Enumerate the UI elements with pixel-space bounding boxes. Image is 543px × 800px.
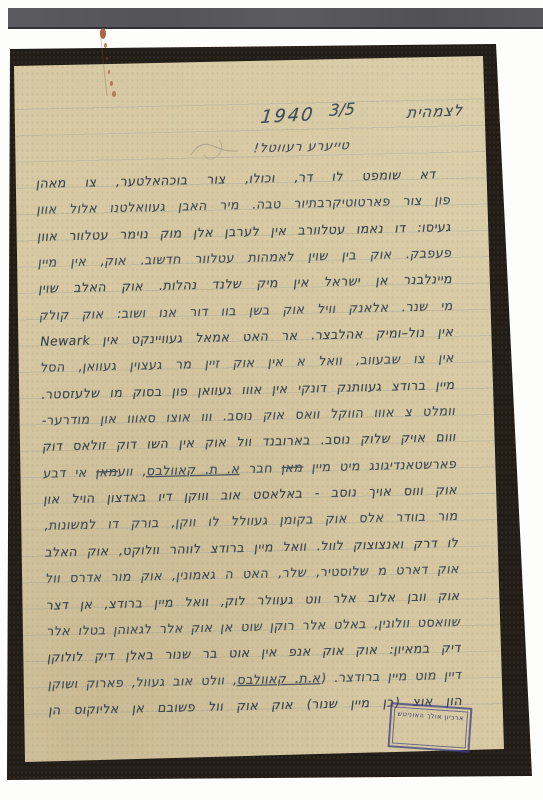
archive-stamp-text: ארכיון אולך האוניטש	[396, 709, 465, 747]
date-day-month: 3/5	[329, 99, 356, 120]
letter-body: דא שומפט לו דר, וכולו, צור בוכהאלטער, צו…	[36, 161, 463, 724]
rust-stain	[104, 43, 107, 48]
rust-stain	[108, 70, 110, 74]
pencil-scribble	[185, 133, 257, 167]
date-year: 1940	[259, 104, 315, 128]
scanner-bar	[8, 8, 543, 29]
rust-stain	[110, 81, 113, 86]
rust-stain	[112, 91, 116, 97]
archive-stamp-inner-border: ארכיון אולך האוניטש	[392, 706, 468, 748]
rust-stain	[106, 57, 108, 60]
archive-stamp: ארכיון אולך האוניטש	[388, 702, 473, 753]
scanned-letter-page: { "colors": { "paper": "#d6c9a3", "ink":…	[0, 0, 543, 800]
rust-stain	[100, 28, 106, 39]
